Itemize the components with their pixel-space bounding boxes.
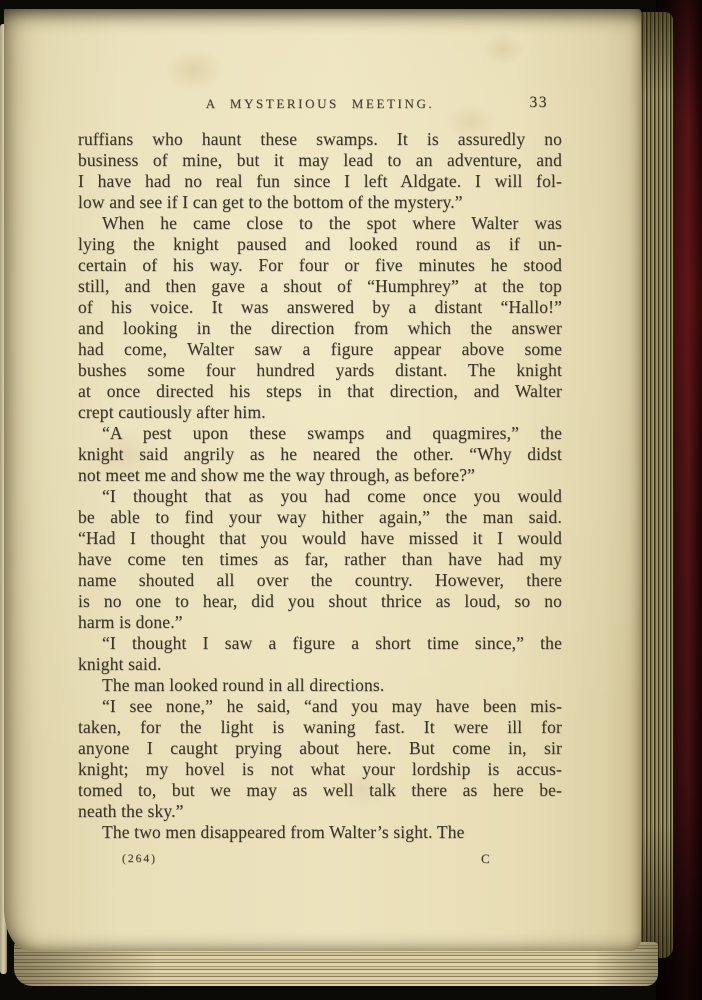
stain-spot (164, 49, 224, 91)
book-scan-scene: A MYSTERIOUS MEETING. 33 ruffians who ha… (0, 0, 702, 1000)
signature-mark-left: (264) (122, 853, 157, 865)
text-line: business of mine, but it may lead to an … (78, 150, 562, 171)
text-line: “Had I thought that you would have misse… (78, 528, 562, 549)
text-line: knight; my hovel is not what your lordsh… (78, 759, 562, 780)
paragraph: “A pest upon these swamps and quagmires,… (78, 423, 562, 486)
page-footer: (264) C (78, 851, 562, 869)
signature-mark-right: C (481, 851, 491, 867)
paragraph: The two men disappeared from Walter’s si… (78, 822, 562, 843)
book-page: A MYSTERIOUS MEETING. 33 ruffians who ha… (4, 9, 641, 951)
page-header: A MYSTERIOUS MEETING. 33 (78, 96, 562, 116)
text-line: had come, Walter saw a figure appear abo… (78, 339, 562, 360)
text-line: I have had no real fun since I left Aldg… (78, 171, 562, 192)
text-line: taken, for the light is waning fast. It … (78, 717, 562, 738)
text-line: bushes some four hundred yards distant. … (78, 360, 562, 381)
paragraph: When he came close to the spot where Wal… (78, 213, 562, 423)
stain-spot (482, 33, 524, 65)
text-line: The two men disappeared from Walter’s si… (78, 822, 562, 843)
text-line: be able to find your way hither again,” … (78, 507, 562, 528)
text-line: knight said. (78, 654, 562, 675)
paragraph: ruffians who haunt these swamps. It is a… (78, 129, 562, 213)
text-line: “I see none,” he said, “and you may have… (78, 696, 562, 717)
text-line: at once directed his steps in that direc… (78, 381, 562, 402)
text-line: neath the sky.” (78, 801, 562, 822)
text-line: tomed to, but we may as well talk there … (78, 780, 562, 801)
text-line: of his voice. It was answered by a dista… (78, 297, 562, 318)
text-line: harm is done.” (78, 612, 562, 633)
running-title: A MYSTERIOUS MEETING. (78, 96, 562, 112)
text-line: lying the knight paused and looked round… (78, 234, 562, 255)
text-line: certain of his way. For four or five min… (78, 255, 562, 276)
text-line: still, and then gave a shout of “Humphre… (78, 276, 562, 297)
text-line: The man looked round in all directions. (78, 675, 562, 696)
page-number: 33 (530, 94, 549, 112)
text-body: ruffians who haunt these swamps. It is a… (78, 129, 562, 843)
text-line: have come ten times as far, rather than … (78, 549, 562, 570)
text-line: “A pest upon these swamps and quagmires,… (78, 423, 562, 444)
text-line: and looking in the direction from which … (78, 318, 562, 339)
text-line: is no one to hear, did you shout thrice … (78, 591, 562, 612)
text-line: name shouted all over the country. Howev… (78, 570, 562, 591)
paragraph: “I thought that as you had come once you… (78, 486, 562, 633)
text-line: knight said angrily as he neared the oth… (78, 444, 562, 465)
text-line: “I thought that as you had come once you… (78, 486, 562, 507)
text-line: When he came close to the spot where Wal… (78, 213, 562, 234)
page-fore-edges (639, 12, 673, 958)
text-line: “I thought I saw a figure a short time s… (78, 633, 562, 654)
paragraph: The man looked round in all directions. (78, 675, 562, 696)
text-line: not meet me and show me the way through,… (78, 465, 562, 486)
paragraph: “I see none,” he said, “and you may have… (78, 696, 562, 822)
text-line: ruffians who haunt these swamps. It is a… (78, 129, 562, 150)
text-line: crept cautiously after him. (78, 402, 562, 423)
paragraph: “I thought I saw a figure a short time s… (78, 633, 562, 675)
text-line: anyone I caught prying about here. But c… (78, 738, 562, 759)
text-line: low and see if I can get to the bottom o… (78, 192, 562, 213)
